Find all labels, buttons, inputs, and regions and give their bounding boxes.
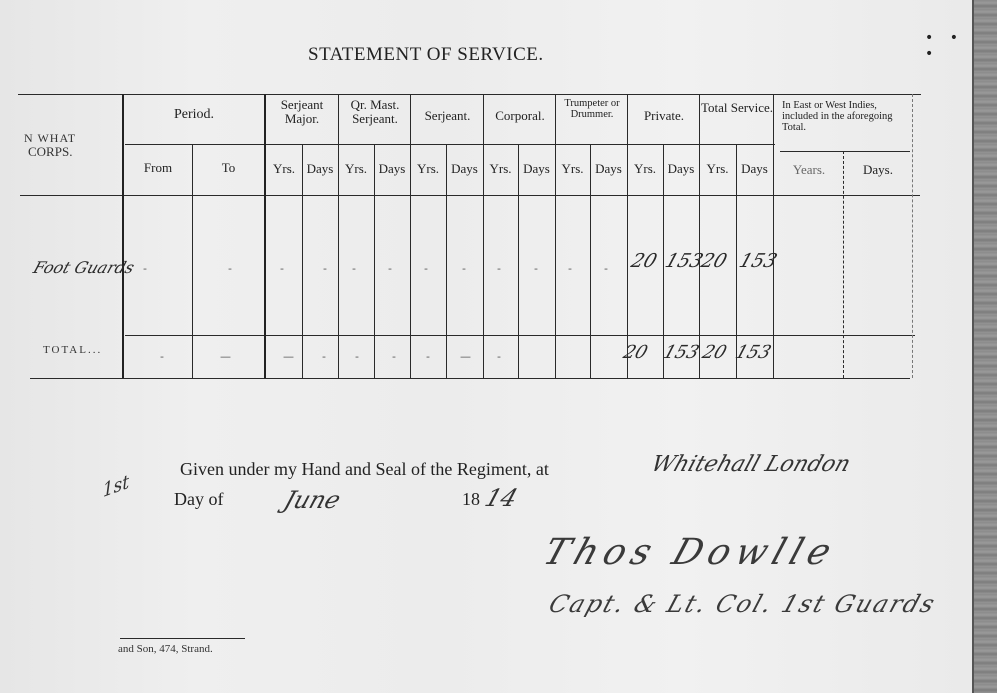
imprint-rule (120, 638, 245, 639)
service-row-corp-yrs: - (497, 262, 501, 275)
subheader-yrs: Yrs. (483, 161, 518, 177)
attestation-place: Whitehall London (648, 452, 854, 477)
col-divider (912, 94, 913, 378)
col-divider (374, 144, 375, 378)
header-qr-mast-serjeant: Qr. Mast. Serjeant. (340, 98, 410, 126)
col-divider (736, 144, 737, 378)
subheader-days: Days (374, 161, 410, 177)
col-divider (699, 94, 700, 378)
subheader-yrs: Yrs. (266, 161, 302, 177)
subheader-days: Days (302, 161, 338, 177)
header-indies: In East or West Indies, included in the … (782, 100, 910, 133)
subheader-yrs: Yrs. (627, 161, 663, 177)
service-row-total-days: 153 (736, 250, 779, 272)
col-divider (446, 144, 447, 378)
table-top-rule (18, 94, 921, 95)
total-row-to: — (220, 350, 231, 363)
col-divider (555, 94, 556, 378)
subheader-rule (125, 144, 775, 145)
service-row-from: - (143, 262, 147, 275)
col-divider (843, 151, 844, 378)
subheader-years: Years. (775, 162, 843, 178)
total-label: TOTAL... (43, 344, 102, 356)
subheader-from: From (124, 160, 192, 176)
total-row-corp-yrs: - (497, 350, 501, 363)
col-divider (264, 94, 266, 378)
attestation-year-written: 14 (481, 484, 521, 512)
col-divider (773, 94, 774, 378)
service-row-sm-yrs: - (280, 262, 284, 275)
total-row-qms-days: - (392, 350, 396, 363)
col-divider (338, 94, 339, 378)
attestation-year-printed: 18 (462, 489, 480, 510)
total-row-sm-yrs: — (283, 350, 294, 363)
subheader-to: To (193, 160, 264, 176)
attestation-month: June (280, 486, 344, 514)
service-row-trump-yrs: - (568, 262, 572, 275)
service-row-serj-days: - (462, 262, 466, 275)
attestation-day: 1st (102, 471, 129, 503)
corner-marks: • • • (925, 30, 975, 62)
total-row-serj-days: — (460, 350, 471, 363)
subheader-yrs: Yrs. (410, 161, 446, 177)
subheader-days: Days (446, 161, 483, 177)
printer-imprint: and Son, 474, Strand. (118, 643, 213, 655)
subheader-rule-indies (780, 151, 910, 152)
total-row-serj-yrs: - (426, 350, 430, 363)
total-row-from: - (160, 350, 164, 363)
page-title: STATEMENT OF SERVICE. (308, 44, 544, 66)
header-serjeant-major: Serjeant Major. (266, 98, 338, 126)
service-row-trump-days: - (604, 262, 608, 275)
header-bottom-rule (20, 195, 920, 196)
service-row-serj-yrs: - (424, 262, 428, 275)
header-private: Private. (629, 109, 699, 123)
total-row-total-yrs: 20 (700, 342, 730, 363)
attestation-line1: Given under my Hand and Seal of the Regi… (180, 459, 549, 480)
total-row-private-yrs: 20 (621, 342, 651, 363)
subheader-yrs: Yrs. (338, 161, 374, 177)
service-row-private-yrs: 20 (628, 250, 659, 272)
document-page: • • • STATEMENT OF SERVICE. N WHAT CORPS… (0, 0, 975, 693)
col-divider (192, 144, 193, 378)
col-divider (663, 144, 664, 378)
signature-rank: Capt. & Lt. Col. 1st Guards (545, 590, 940, 618)
header-trumpeter-drummer: Trumpeter or Drummer. (557, 98, 627, 120)
total-row-private-days: 153 (661, 342, 702, 363)
col-divider (302, 144, 303, 378)
total-row-total-days: 153 (733, 342, 774, 363)
header-total-service: Total Service. (701, 101, 773, 115)
col-divider (122, 94, 124, 378)
header-serjeant: Serjeant. (412, 109, 483, 123)
table-bottom-rule (30, 378, 910, 379)
subheader-days: Days. (844, 162, 912, 178)
service-row-sm-days: - (323, 262, 327, 275)
col-divider (483, 94, 484, 378)
service-row-corps: Foot Guards (31, 258, 137, 277)
subheader-yrs: Yrs. (699, 161, 736, 177)
col-divider (627, 94, 628, 378)
subheader-days: Days (590, 161, 627, 177)
corps-header: N WHAT CORPS. (24, 132, 76, 158)
col-divider (410, 94, 411, 378)
total-top-rule (125, 335, 915, 336)
corps-header-line2: CORPS. (28, 145, 76, 158)
service-row-to: - (228, 262, 232, 275)
header-period: Period. (124, 108, 264, 122)
col-divider (518, 144, 519, 378)
subheader-yrs: Yrs. (555, 161, 590, 177)
col-divider (590, 144, 591, 378)
attestation-line2: Day of (174, 489, 223, 510)
subheader-days: Days (736, 161, 773, 177)
header-corporal: Corporal. (485, 109, 555, 123)
subheader-days: Days (663, 161, 699, 177)
signature-name: Thos Dowlle (538, 532, 842, 573)
total-row-qms-yrs: - (355, 350, 359, 363)
subheader-days: Days (518, 161, 555, 177)
service-row-qms-days: - (388, 262, 392, 275)
service-row-qms-yrs: - (352, 262, 356, 275)
page-edge-scan-border (972, 0, 997, 693)
service-row-corp-days: - (534, 262, 538, 275)
total-row-sm-days: - (322, 350, 326, 363)
